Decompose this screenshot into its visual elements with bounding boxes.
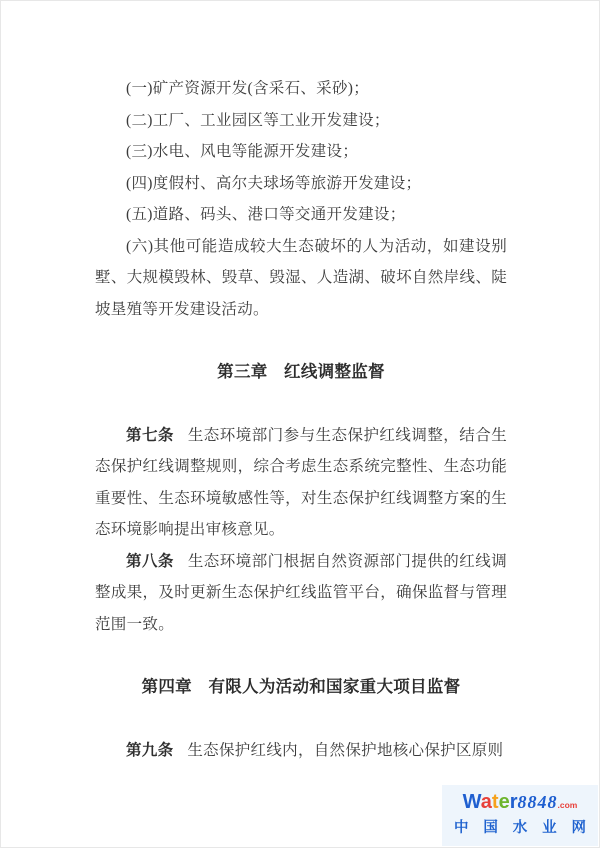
water8848-logo[interactable]: Water8848.com 中国水业网 bbox=[442, 785, 598, 846]
logo-subtitle: 中国水业网 bbox=[442, 816, 598, 838]
chapter-3-heading: 第三章红线调整监督 bbox=[95, 357, 507, 389]
list-item-1: (一)矿产资源开发(含采石、采砂)； bbox=[95, 73, 507, 105]
article-9: 第九条生态保护红线内，自然保护地核心保护区原则 bbox=[95, 735, 507, 767]
brand-tld: .com bbox=[558, 800, 578, 810]
document-content: (一)矿产资源开发(含采石、采砂)； (二)工厂、工业园区等工业开发建设； (三… bbox=[95, 73, 507, 766]
list-item-2: (二)工厂、工业园区等工业开发建设； bbox=[95, 105, 507, 137]
article-7-label: 第七条 bbox=[126, 427, 174, 444]
chapter-3-number: 第三章 bbox=[217, 363, 267, 381]
document-page: (一)矿产资源开发(含采石、采砂)； (二)工厂、工业园区等工业开发建设； (三… bbox=[0, 0, 600, 848]
chapter-4-number: 第四章 bbox=[142, 678, 192, 696]
article-9-label: 第九条 bbox=[126, 742, 173, 759]
brand-number: 8848 bbox=[518, 792, 558, 812]
chapter-3-title: 红线调整监督 bbox=[284, 363, 385, 381]
brand-water-wordmark: Water bbox=[463, 791, 518, 813]
brand-line: Water8848.com bbox=[442, 791, 598, 816]
chapter-4-heading: 第四章有限人为活动和国家重大项目监督 bbox=[95, 672, 507, 704]
chapter-4-title: 有限人为活动和国家重大项目监督 bbox=[208, 678, 460, 696]
list-item-5: (五)道路、码头、港口等交通开发建设； bbox=[95, 199, 507, 231]
list-item-3: (三)水电、风电等能源开发建设； bbox=[95, 136, 507, 168]
article-7: 第七条生态环境部门参与生态保护红线调整，结合生态保护红线调整规则，综合考虑生态系… bbox=[95, 420, 507, 546]
article-8-label: 第八条 bbox=[126, 553, 174, 570]
article-9-text: 生态保护红线内，自然保护地核心保护区原则 bbox=[187, 742, 503, 759]
list-item-4: (四)度假村、高尔夫球场等旅游开发建设； bbox=[95, 168, 507, 200]
list-item-6: (六)其他可能造成较大生态破坏的人为活动，如建设别墅、大规模毁林、毁草、毁湿、人… bbox=[95, 231, 507, 326]
article-8: 第八条生态环境部门根据自然资源部门提供的红线调整成果，及时更新生态保护红线监管平… bbox=[95, 546, 507, 641]
